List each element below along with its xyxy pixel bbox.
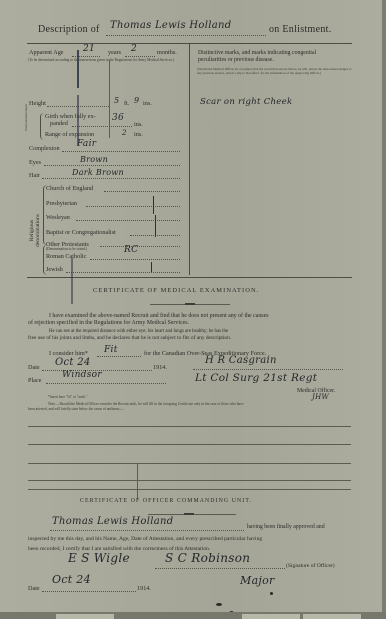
co-recruit-name: Thomas Lewis Holland	[52, 516, 173, 527]
co-name-line	[50, 530, 244, 531]
religion-jewish: Jewish	[46, 266, 63, 273]
officer-rank: Major	[240, 574, 275, 587]
officer-signature-line	[155, 568, 285, 569]
complexion-value: Fair	[77, 139, 96, 149]
place-line	[46, 383, 166, 384]
handdrawn-mark-2	[155, 215, 156, 237]
recruit-name-handwritten: Thomas Lewis Holland	[110, 20, 231, 31]
co-date-line	[42, 591, 136, 592]
bottom-tab-2	[242, 614, 300, 619]
religion-line-4	[100, 246, 180, 247]
commanding-certificate-heading: CERTIFICATE OF OFFICER COMMANDING UNIT.	[80, 498, 252, 504]
religion-baptist: Baptist or Congregationalist	[46, 229, 116, 236]
ins-label: ins.	[143, 100, 152, 107]
distinctive-marks-note: (Should the Medical Officer be of opinio…	[197, 67, 352, 75]
eyes-label: Eyes	[29, 159, 41, 166]
eyes-line	[44, 165, 180, 166]
range-value: 2	[122, 129, 127, 137]
blue-pencil-mark-3	[71, 258, 73, 304]
medical-initials: JHW	[312, 393, 329, 401]
girth-value: 36	[112, 113, 124, 123]
medical-para1-line1: I have examined the above-named Recruit …	[49, 313, 269, 319]
medical-para2-line2: free use of his joints and limbs, and he…	[28, 335, 231, 341]
religion-roman-catholic: Roman Catholic	[46, 253, 86, 260]
chest-brace	[40, 113, 44, 140]
signature-of-officer-label: (Signature of Officer)	[286, 563, 335, 569]
medical-signature-line	[193, 369, 343, 370]
co-heading-ornament-center	[184, 513, 194, 515]
religion-line-6	[66, 272, 180, 273]
hair-line	[42, 178, 180, 179]
unfit-line-5	[28, 489, 351, 490]
age-months-line	[125, 56, 155, 57]
medical-note-line1: Note.—Should the Medical Officer conside…	[48, 402, 244, 406]
title-suffix: on Enlistment.	[269, 24, 332, 35]
eyes-value: Brown	[80, 155, 108, 164]
years-label: years	[108, 49, 121, 56]
section-rule-1	[27, 277, 352, 278]
distinctive-marks-label-2: peculiarities or previous disease.	[198, 57, 274, 63]
age-years-value: 21	[83, 44, 95, 54]
ink-stain-1	[216, 603, 222, 606]
distinctive-marks-value: Scar on right Cheek	[200, 97, 292, 107]
consider-line	[97, 356, 141, 357]
religion-roman-catholic-value: RC	[124, 245, 138, 255]
medical-date-label: Date	[28, 364, 40, 371]
title-name-line	[106, 35, 266, 36]
co-date-value: Oct 24	[52, 573, 91, 586]
religion-presbyterian: Presbyterian	[46, 200, 77, 207]
religion-line-0	[104, 191, 180, 192]
age-months-value: 2	[131, 44, 137, 54]
religion-line-2	[76, 220, 180, 221]
consider-label: I consider him*	[49, 350, 88, 357]
unfit-line-3	[28, 463, 351, 464]
age-label: Apparent Age	[29, 49, 64, 56]
unfit-line-1	[28, 426, 351, 427]
handdrawn-mark-3	[151, 262, 152, 272]
medical-para1-line2: of rejection specified in the Regulation…	[28, 320, 189, 326]
distinctive-marks-label-1: Distinctive marks, and marks indicating …	[198, 50, 316, 56]
girth-line	[72, 126, 132, 127]
girth-unit: ins.	[134, 121, 143, 128]
medical-certificate-heading: CERTIFICATE OF MEDICAL EXAMINATION.	[93, 287, 259, 294]
co-para-line1: having been finally approved and	[247, 524, 325, 530]
religion-label-2: denominations	[35, 214, 41, 247]
bottom-tab-3	[303, 614, 361, 619]
blue-pencil-mark-1	[77, 50, 79, 88]
attestation-page: Description of Thomas Lewis Holland on E…	[0, 0, 382, 612]
range-unit: ins.	[134, 131, 143, 138]
medical-para2-line1: He can see at the required distance with…	[49, 329, 228, 334]
unfit-line-2	[28, 444, 351, 445]
religion-line-5	[90, 259, 180, 260]
page-right-edge	[382, 0, 386, 619]
height-ft-value: 5	[114, 96, 119, 105]
medical-date-year: 1914.	[153, 364, 167, 371]
height-in-value: 9	[134, 96, 139, 105]
bottom-tab-1	[56, 614, 114, 619]
chest-measurement-label: Chest measurement	[24, 104, 28, 131]
witness-signature: E S Wigle	[68, 551, 130, 565]
place-value: Windsor	[62, 370, 102, 380]
co-date-year: 1914.	[137, 585, 151, 592]
unfit-line-4	[28, 480, 351, 481]
blue-pencil-mark-2	[77, 95, 79, 145]
consider-value: Fit	[104, 345, 118, 355]
religion-church-of-england: Church of England	[46, 185, 93, 192]
hair-label: Hair	[29, 172, 40, 179]
religion-wesleyan: Wesleyan	[46, 214, 70, 221]
religion-line-1	[86, 206, 180, 207]
officer-signature: S C Robinson	[165, 551, 250, 565]
complexion-line	[62, 151, 180, 152]
hair-value: Dark Brown	[72, 168, 124, 177]
page-title: Description of	[38, 24, 100, 35]
religious-denominations-label: Religious denominations	[29, 214, 41, 247]
column-divider	[189, 43, 190, 275]
girth-label-1: Girth when fully ex-	[45, 113, 96, 120]
ft-label: ft.	[124, 100, 129, 107]
height-label: Height	[29, 100, 46, 107]
handdrawn-mark-1	[153, 196, 154, 214]
girth-label-2: panded	[50, 120, 68, 127]
co-para-line2: inspected by me this day, and his Name, …	[28, 536, 262, 542]
title-prefix: Description of	[38, 24, 100, 35]
unfit-divider	[137, 463, 138, 499]
religion-other-note: (Denomination to be stated.)	[46, 247, 87, 251]
medical-officer-signature: H R Casgrain	[205, 355, 277, 366]
medical-note-line2: been attested, and will briefly state be…	[28, 407, 124, 411]
fit-footnote: *Insert here "fit" or "unfit."	[48, 395, 88, 399]
place-label: Place	[28, 377, 41, 384]
heading-ornament-center	[185, 303, 195, 305]
medical-date-value: Oct 24	[55, 357, 91, 368]
range-label: Range of expansion	[45, 131, 94, 138]
ink-stain-3	[270, 592, 273, 595]
months-label: months.	[157, 49, 177, 56]
age-note: (To be determined according to the instr…	[28, 58, 183, 63]
co-date-label: Date	[28, 585, 40, 592]
medical-officer-rank: Lt Col Surg 21st Regt	[195, 372, 317, 384]
complexion-label: Complexion	[29, 145, 60, 152]
